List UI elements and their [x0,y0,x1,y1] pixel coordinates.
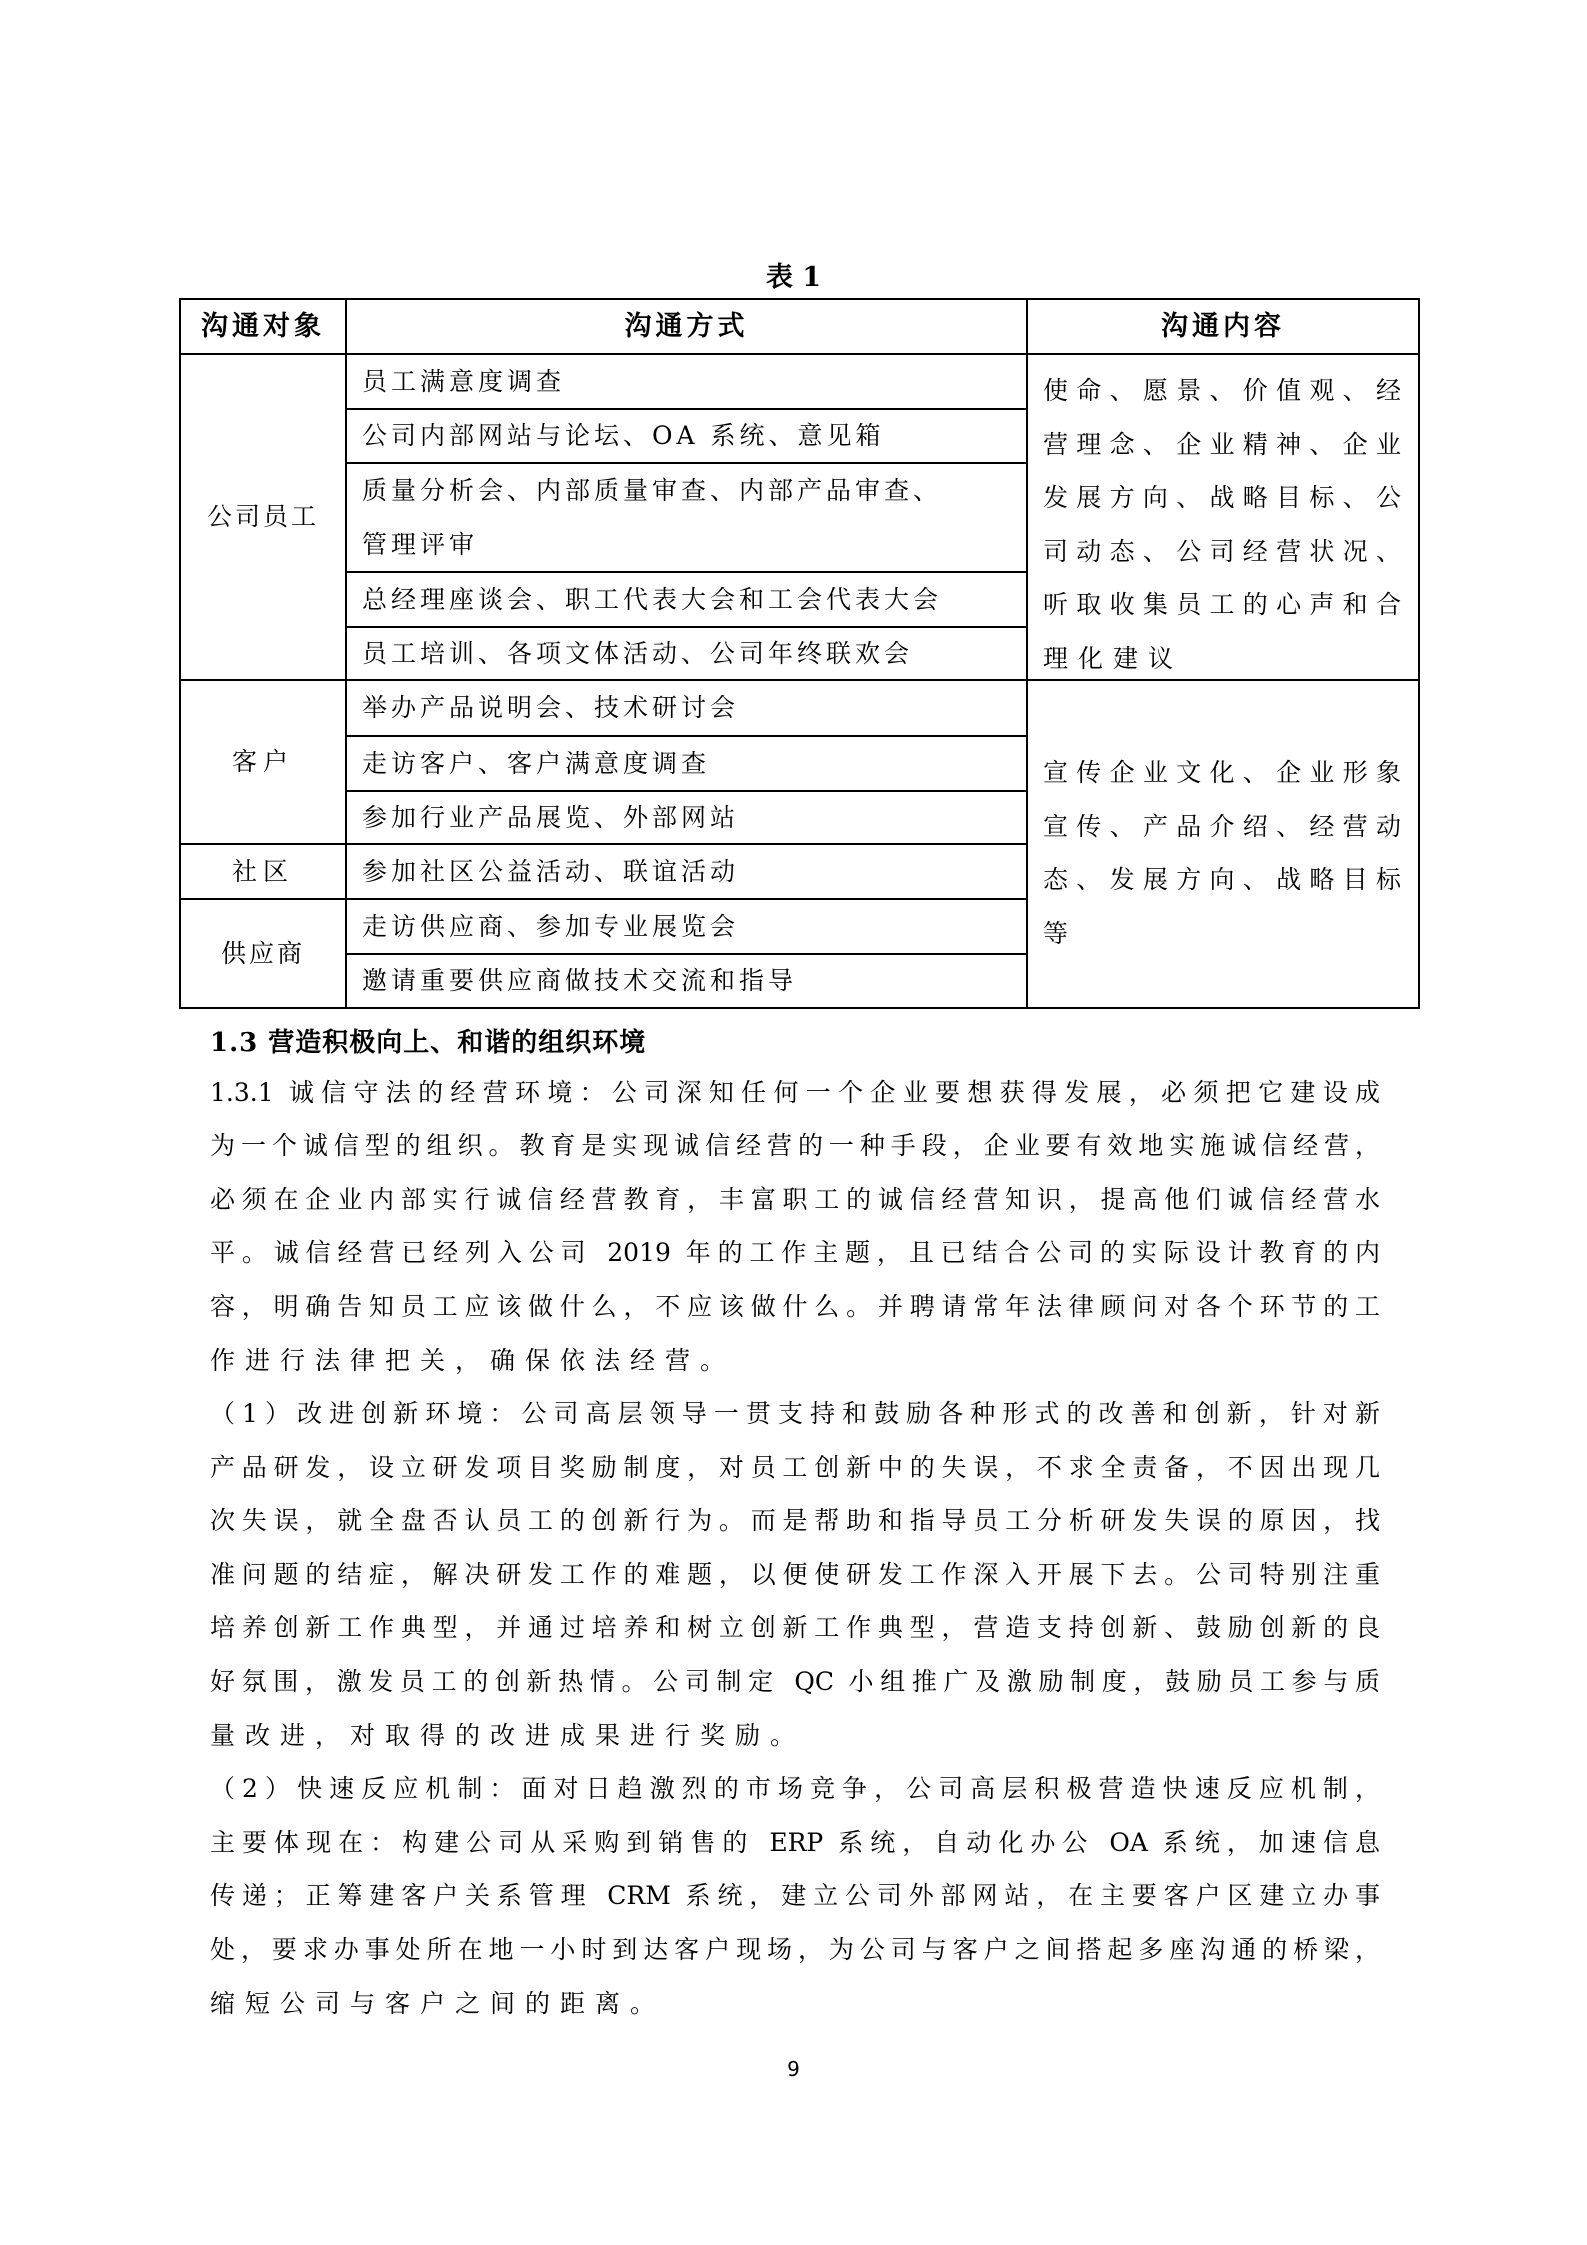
paragraph-line: 产品研发，设立研发项目奖励制度，对员工创新中的失误，不求全责备，不因出现几 [210,1453,1380,1483]
paragraph-line: 主要体现在：构建公司从采购到销售的 ERP 系统，自动化办公 OA 系统，加速信… [210,1828,1380,1858]
content-line: 司动态、公司经营状况、 [1043,525,1401,579]
paragraph-line: 培养创新工作典型，并通过培养和树立创新工作典型，营造支持创新、鼓励创新的良 [210,1613,1380,1643]
method-cell: 员工满意度调查 [362,355,1022,408]
method-cell: 总经理座谈会、职工代表大会和工会代表大会 [362,573,1022,626]
paragraph-line: 平。诚信经营已经列入公司 2019 年的工作主题，且已结合公司的实际设计教育的内 [210,1238,1380,1268]
page-number: 9 [0,2056,1587,2082]
method-line: 管理评审 [362,518,1022,572]
content-line: 宣传、产品介绍、经营动 [1043,800,1401,854]
content-employees: 使命、愿景、价值观、经 营理念、企业精神、企业 发展方向、战略目标、公 司动态、… [1043,364,1401,685]
target-community: 社区 [181,845,345,898]
method-cell: 走访客户、客户满意度调查 [362,737,1022,790]
content-external: 宣传企业文化、企业形象 宣传、产品介绍、经营动 态、发展方向、战略目标 等 [1043,746,1401,960]
paragraph-line: 处，要求办事处所在地一小时到达客户现场，为公司与客户之间搭起多座沟通的桥梁， [210,1935,1380,1965]
content-line: 等 [1043,907,1401,961]
paragraph-line: 好氛围，激发员工的创新热情。公司制定 QC 小组推广及激励制度，鼓励员工参与质 [210,1667,1380,1697]
method-cell: 参加行业产品展览、外部网站 [362,792,1022,843]
content-line: 营理念、企业精神、企业 [1043,418,1401,472]
content-line: 态、发展方向、战略目标 [1043,853,1401,907]
col-divider-2 [1026,298,1028,1009]
method-cell: 公司内部网站与论坛、OA 系统、意见箱 [362,410,1022,462]
paragraph-line: （2）快速反应机制：面对日趋激烈的市场竞争，公司高层积极营造快速反应机制， [210,1774,1380,1804]
method-cell: 邀请重要供应商做技术交流和指导 [362,955,1022,1007]
table-caption: 表 1 [0,262,1587,294]
header-target: 沟通对象 [181,300,345,353]
paragraph-line: 次失误，就全盘否认员工的创新行为。而是帮助和指导员工分析研发失误的原因，找 [210,1506,1380,1536]
paragraph-line: 准问题的结症，解决研发工作的难题，以便使研发工作深入开展下去。公司特别注重 [210,1560,1380,1590]
table-border-right [1418,298,1420,1009]
paragraph-line: 传递；正筹建客户关系管理 CRM 系统，建立公司外部网站，在主要客户区建立办事 [210,1881,1380,1911]
col-divider-1 [345,298,347,1009]
table-border-bottom [179,1007,1420,1009]
paragraph-line: 容，明确告知员工应该做什么，不应该做什么。并聘请常年法律顾问对各个环节的工 [210,1292,1380,1322]
method-cell: 员工培训、各项文体活动、公司年终联欢会 [362,628,1022,679]
paragraph-line: 量改进，对取得的改进成果进行奖励。 [210,1721,1380,1751]
section-heading: 1.3 营造积极向上、和谐的组织环境 [210,1028,1380,1058]
paragraph-line: 为一个诚信型的组织。教育是实现诚信经营的一种手段，企业要有效地实施诚信经营， [210,1131,1380,1161]
target-employees: 公司员工 [181,355,345,679]
content-line: 宣传企业文化、企业形象 [1043,746,1401,800]
paragraph-line: 作进行法律把关，确保依法经营。 [210,1346,1380,1376]
paragraph-line: （1）改进创新环境：公司高层领导一贯支持和鼓励各种形式的改善和创新，针对新 [210,1399,1380,1429]
paragraph-line: 缩短公司与客户之间的距离。 [210,1989,1380,2019]
content-line: 听取收集员工的心声和合 [1043,578,1401,632]
method-cell: 走访供应商、参加专业展览会 [362,900,1022,953]
method-cell: 参加社区公益活动、联谊活动 [362,845,1022,898]
header-content: 沟通内容 [1028,300,1418,353]
method-cell: 举办产品说明会、技术研讨会 [362,681,1022,735]
content-line: 理化建议 [1043,632,1401,686]
target-customers: 客户 [181,681,345,843]
paragraph-line: 1.3.1 诚信守法的经营环境：公司深知任何一个企业要想获得发展，必须把它建设成 [210,1078,1380,1108]
method-cell-multiline: 质量分析会、内部质量审查、内部产品审查、 管理评审 [362,464,1022,571]
method-line: 质量分析会、内部质量审查、内部产品审查、 [362,464,1022,518]
content-line: 使命、愿景、价值观、经 [1043,364,1401,418]
target-suppliers: 供应商 [181,900,345,1007]
header-method: 沟通方式 [347,300,1026,353]
paragraph-line: 必须在企业内部实行诚信经营教育，丰富职工的诚信经营知识，提高他们诚信经营水 [210,1185,1380,1215]
content-line: 发展方向、战略目标、公 [1043,471,1401,525]
